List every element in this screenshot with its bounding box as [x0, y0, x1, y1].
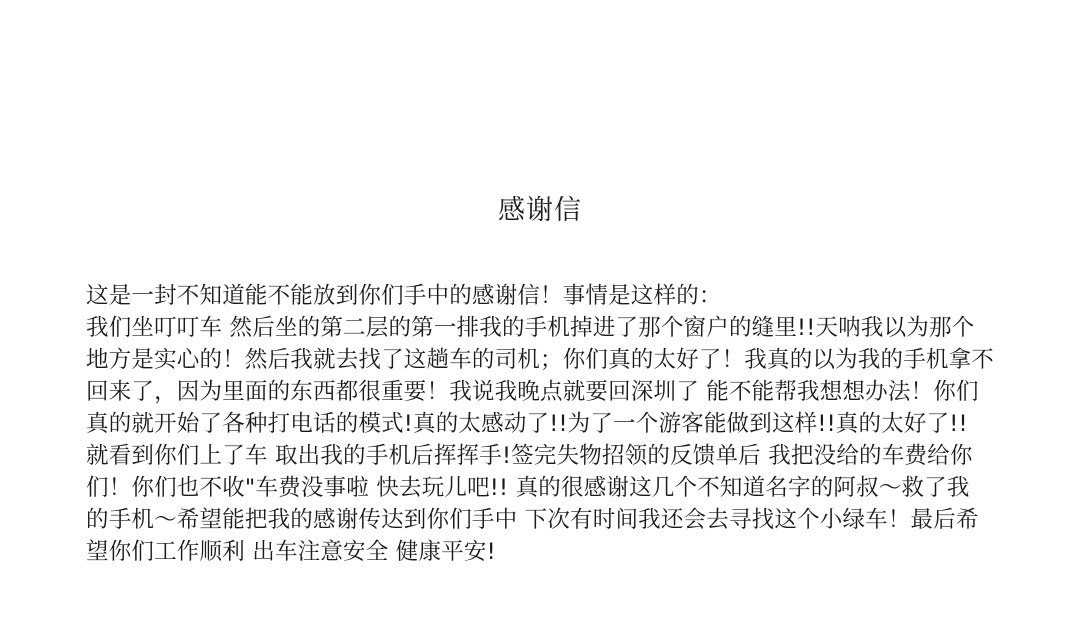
letter-body: 这是一封不知道能不能放到你们手中的感谢信！事情是这样的： 我们坐叮叮车 然后坐的…	[86, 280, 1006, 568]
body-line: 这是一封不知道能不能放到你们手中的感谢信！事情是这样的：	[86, 280, 1006, 312]
body-line: 真的就开始了各种打电话的模式!真的太感动了!!为了一个游客能做到这样!!真的太好…	[86, 408, 1006, 440]
letter-title: 感谢信	[0, 193, 1080, 229]
body-line: 回来了，因为里面的东西都很重要！我说我晚点就要回深圳了 能不能帮我想想办法！你们	[86, 376, 1006, 408]
body-line: 们！你们也不收"车费没事啦 快去玩儿吧!! 真的很感谢这几个不知道名字的阿叔～救…	[86, 472, 1006, 504]
body-line: 我们坐叮叮车 然后坐的第二层的第一排我的手机掉进了那个窗户的缝里!!天呐我以为那…	[86, 312, 1006, 344]
body-line: 的手机～希望能把我的感谢传达到你们手中 下次有时间我还会去寻找这个小绿车！最后希	[86, 504, 1006, 536]
body-line: 就看到你们上了车 取出我的手机后挥挥手!签完失物招领的反馈单后 我把没给的车费给…	[86, 440, 1006, 472]
body-line: 望你们工作顺利 出车注意安全 健康平安!	[86, 536, 1006, 568]
body-line: 地方是实心的！然后我就去找了这趟车的司机；你们真的太好了！我真的以为我的手机拿不	[86, 344, 1006, 376]
